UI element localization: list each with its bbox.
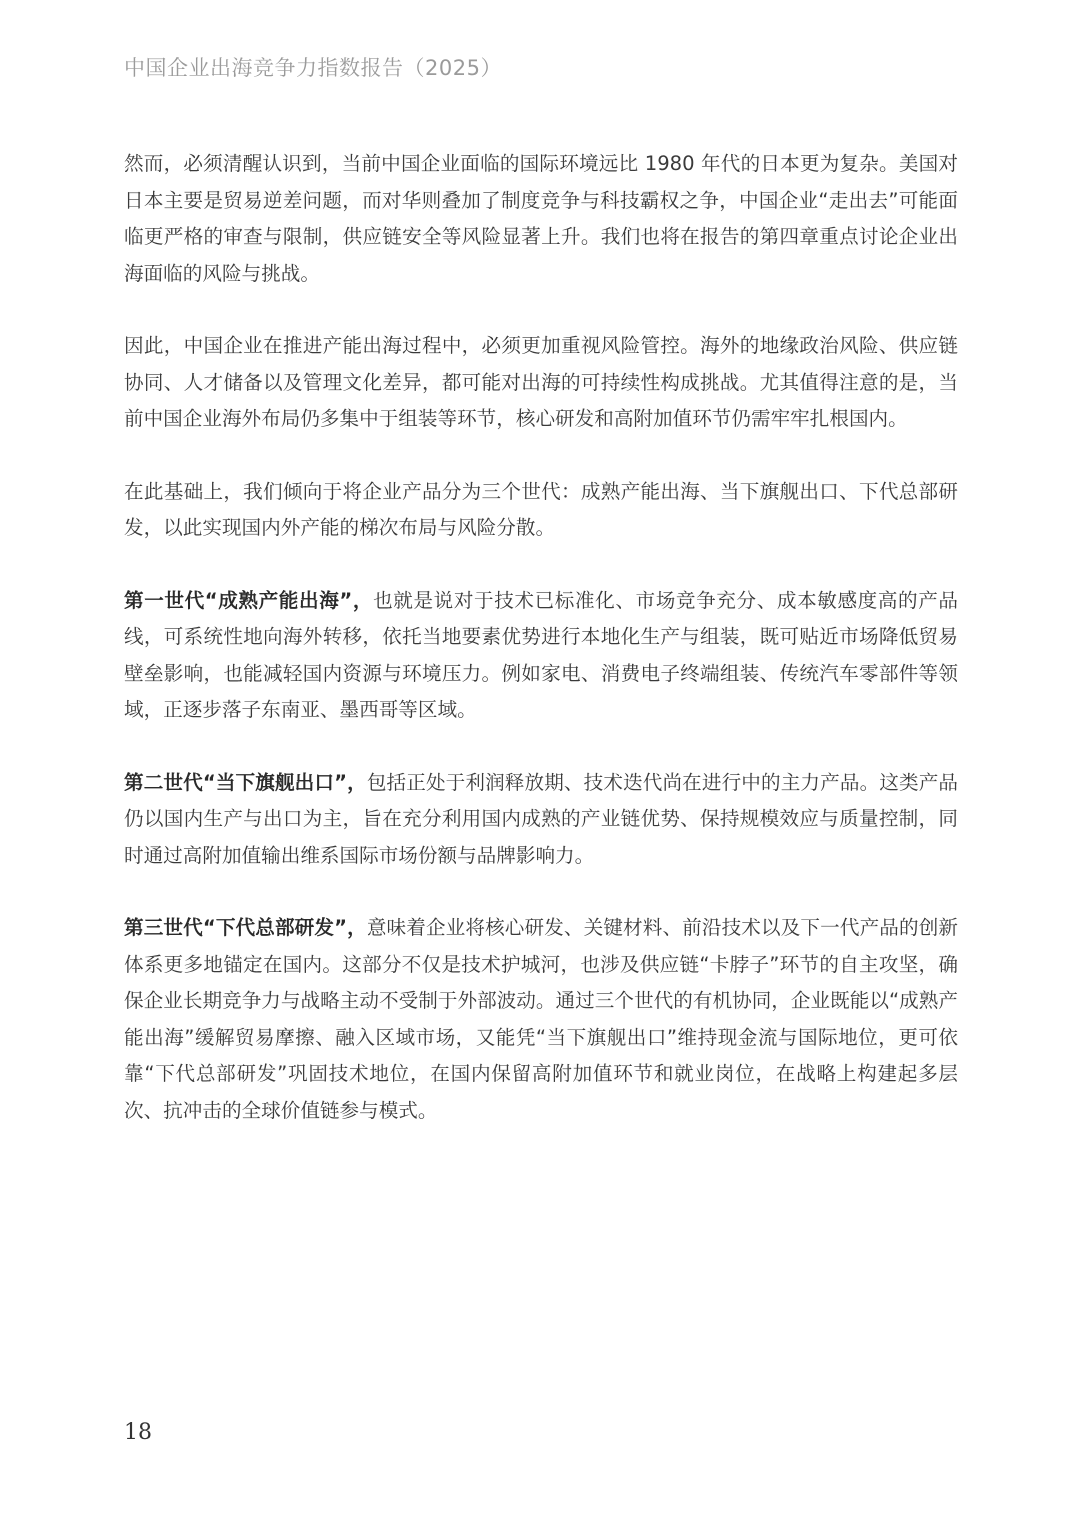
paragraph-international-environment: 然而，必须清醒认识到，当前中国企业面临的国际环境远比 1980 年代的日本更为复… xyxy=(124,146,958,292)
paragraph-third-generation: 第三世代“下代总部研发”，意味着企业将核心研发、关键材料、前沿技术以及下一代产品… xyxy=(124,910,958,1129)
paragraph-second-generation: 第二世代“当下旗舰出口”，包括正处于利润释放期、技术迭代尚在进行中的主力产品。这… xyxy=(124,765,958,875)
paragraph-lead-heading: 第一世代“成熟产能出海”， xyxy=(124,589,373,612)
body-text: 然而，必须清醒认识到，当前中国企业面临的国际环境远比 1980 年代的日本更为复… xyxy=(124,146,958,1165)
paragraph-text: 因此，中国企业在推进产能出海过程中，必须更加重视风险管控。海外的地缘政治风险、供… xyxy=(124,334,958,430)
paragraph-text: 在此基础上，我们倾向于将企业产品分为三个世代：成熟产能出海、当下旗舰出口、下代总… xyxy=(124,480,958,540)
page-number: 18 xyxy=(124,1420,152,1445)
paragraph-lead-heading: 第三世代“下代总部研发”， xyxy=(124,916,367,939)
paragraph-first-generation: 第一世代“成熟产能出海”，也就是说对于技术已标准化、市场竞争充分、成本敏感度高的… xyxy=(124,583,958,729)
paragraph-risk-control: 因此，中国企业在推进产能出海过程中，必须更加重视风险管控。海外的地缘政治风险、供… xyxy=(124,328,958,438)
paragraph-three-generations-intro: 在此基础上，我们倾向于将企业产品分为三个世代：成熟产能出海、当下旗舰出口、下代总… xyxy=(124,474,958,547)
running-header: 中国企业出海竞争力指数报告（2025） xyxy=(124,52,502,82)
paragraph-lead-heading: 第二世代“当下旗舰出口”， xyxy=(124,771,367,794)
paragraph-text: 然而，必须清醒认识到，当前中国企业面临的国际环境远比 1980 年代的日本更为复… xyxy=(124,152,958,285)
paragraph-text: 意味着企业将核心研发、关键材料、前沿技术以及下一代产品的创新体系更多地锚定在国内… xyxy=(124,916,958,1122)
